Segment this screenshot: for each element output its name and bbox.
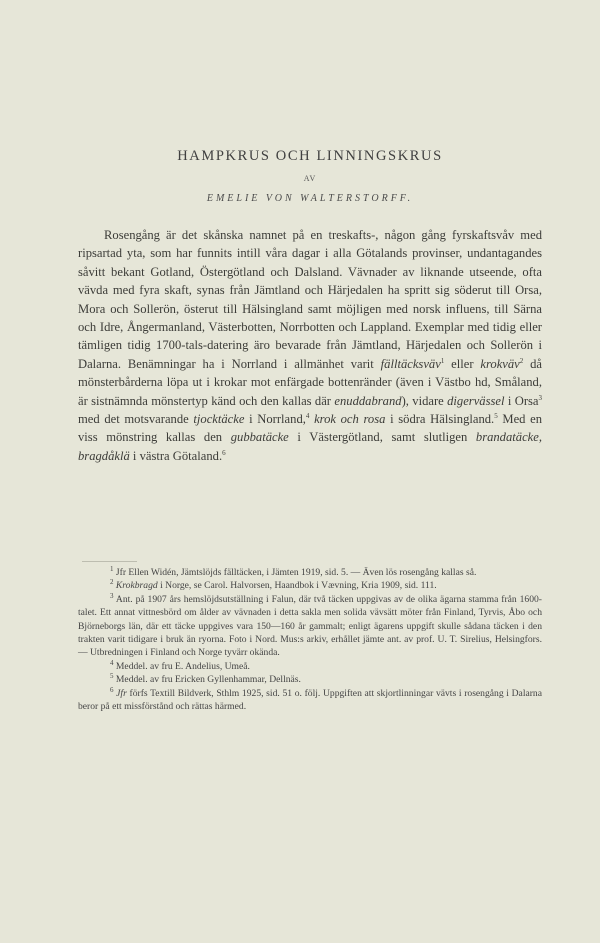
italic-term: enuddabrand xyxy=(334,394,401,408)
text-run: i Norrland, xyxy=(244,412,305,426)
text-run: i västra Götaland. xyxy=(130,449,222,463)
footnote-text: Ant. på 1907 års hemslöjdsutställning i … xyxy=(78,594,542,659)
footnote-number: 6 xyxy=(110,685,114,693)
text-run: i Orsa xyxy=(505,394,539,408)
body-text: Rosengång är det skånska namnet på en tr… xyxy=(78,226,542,465)
footnote-1: 1 Jfr Ellen Widén, Jämtslöjds fälltäcken… xyxy=(78,566,542,579)
byline-av: AV xyxy=(78,174,542,183)
italic-term: krok och rosa xyxy=(314,412,385,426)
text-run: i Västergötland, samt slutligen xyxy=(289,430,476,444)
footnote-5: 5 Meddel. av fru Ericken Gyllenhammar, D… xyxy=(78,673,542,686)
footnote-text: i Norge, se Carol. Halvorsen, Haandbok i… xyxy=(158,580,437,591)
italic-term: digervässel xyxy=(447,394,504,408)
footnote-ref[interactable]: 6 xyxy=(222,449,226,457)
footnote-text: förfs Textill Bildverk, Sthlm 1925, sid.… xyxy=(78,688,542,712)
text-run: eller xyxy=(444,357,480,371)
footnotes: 1 Jfr Ellen Widén, Jämtslöjds fälltäcken… xyxy=(78,566,542,713)
italic-term: krokväv xyxy=(480,357,519,371)
body-paragraph: Rosengång är det skånska namnet på en tr… xyxy=(78,226,542,465)
footnote-text: Meddel. av fru E. Andelius, Umeå. xyxy=(116,661,250,672)
footnote-number: 1 xyxy=(110,565,114,573)
italic-term: fälltäcksväv xyxy=(381,357,441,371)
italic-term: gubbatäcke xyxy=(231,430,289,444)
footnote-number: 5 xyxy=(110,672,114,680)
author-name: EMELIE VON WALTERSTORFF. xyxy=(78,193,542,204)
text-run: i södra Hälsingland. xyxy=(385,412,494,426)
footnote-number: 3 xyxy=(110,592,114,600)
italic-term: Krokbragd xyxy=(116,580,158,591)
text-run: Rosengång är det skånska namnet på en tr… xyxy=(78,228,542,371)
footnote-separator xyxy=(82,561,137,562)
footnote-4: 4 Meddel. av fru E. Andelius, Umeå. xyxy=(78,660,542,673)
footnote-6: 6 Jfr förfs Textill Bildverk, Sthlm 1925… xyxy=(78,687,542,714)
footnote-text: Meddel. av fru Ericken Gyllenhammar, Del… xyxy=(116,674,301,685)
footnote-2: 2 Krokbragd i Norge, se Carol. Halvorsen… xyxy=(78,579,542,592)
footnote-text: Jfr Ellen Widén, Jämtslöjds fälltäcken, … xyxy=(116,567,476,578)
italic-term: tjocktäcke xyxy=(193,412,244,426)
footnote-number: 4 xyxy=(110,659,114,667)
text-run: med det motsvarande xyxy=(78,412,193,426)
footnote-3: 3 Ant. på 1907 års hemslöjdsutställning … xyxy=(78,593,542,660)
footnote-number: 2 xyxy=(110,578,114,586)
italic-term: Jfr xyxy=(116,688,127,699)
text-run: ), vidare xyxy=(402,394,448,408)
article-title: HAMPKRUS OCH LINNINGSKRUS xyxy=(78,148,542,165)
footnote-ref[interactable]: 3 xyxy=(539,393,543,401)
